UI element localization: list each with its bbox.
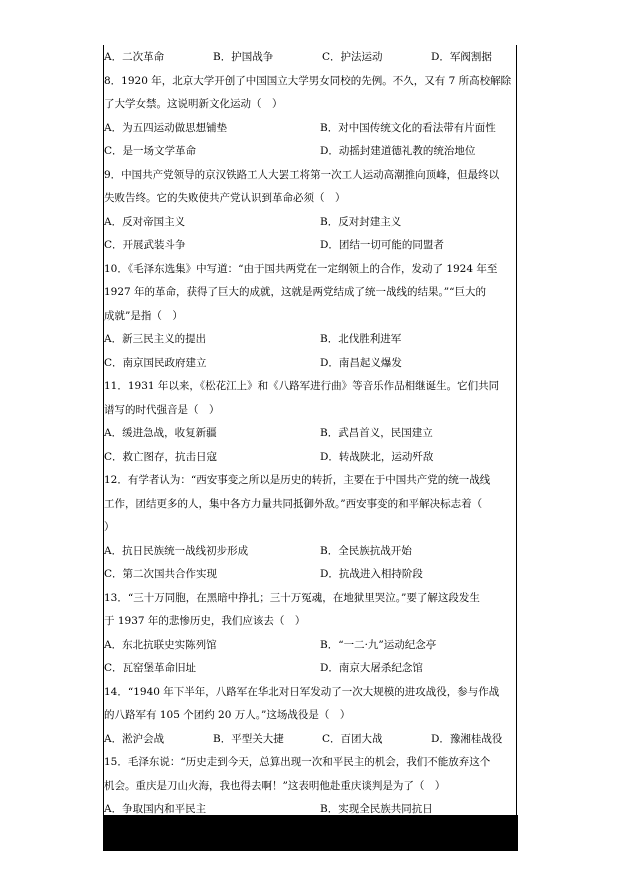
q14-stem-2: 的八路军有 105 个团约 20 万人。”这场战役是（ ） xyxy=(104,704,516,728)
q7-option-b: B．护国战争 xyxy=(213,46,322,70)
q14-option-d: D．豫湘桂战役 xyxy=(431,728,516,752)
q11-option-a: A．缓进急战，收复新疆 xyxy=(104,422,320,446)
q11-stem-2: 谱写的时代强音是（ ） xyxy=(104,399,516,423)
q8-stem-1: 8．1920 年，北京大学开创了中国国立大学男女同校的先例。不久，又有 7 所高… xyxy=(104,70,516,94)
q10-options-ab: A．新三民主义的提出 B．北伐胜利进军 xyxy=(104,328,516,352)
q12-options-cd: C．第二次国共合作实现 D．抗战进入相持阶段 xyxy=(104,563,516,587)
q15-stem-2: 机会。重庆是刀山火海，我也得去啊！”这表明他赴重庆谈判是为了（ ） xyxy=(104,775,516,799)
q10-stem-3: 成就”是指（ ） xyxy=(104,305,516,329)
q11-stem-1: 11．1931 年以来，《松花江上》和《八路军进行曲》等音乐作品相继诞生。它们共… xyxy=(104,375,516,399)
q12-stem-2: 工作，团结更多的人，集中各方力量共同抵御外敌。”西安事变的和平解决标志着（ xyxy=(104,493,516,517)
q13-option-d: D．南京大屠杀纪念馆 xyxy=(320,657,423,681)
q9-stem-1: 9．中国共产党领导的京汉铁路工人大罢工将第一次工人运动高潮推向顶峰，但最终以 xyxy=(104,164,516,188)
q9-option-d: D．团结一切可能的同盟者 xyxy=(320,234,444,258)
q14-option-a: A．淞沪会战 xyxy=(104,728,213,752)
q8-option-c: C．是一场文学革命 xyxy=(104,140,320,164)
q10-option-d: D．南昌起义爆发 xyxy=(320,352,402,376)
q12-stem-1: 12．有学者认为：“西安事变之所以是历史的转折，主要在于中国共产党的统一战线 xyxy=(104,469,516,493)
q13-options-ab: A．东北抗联史实陈列馆 B．“一二·九”运动纪念亭 xyxy=(104,634,516,658)
q9-stem-2: 失败告终。它的失败使共产党认识到革命必须（ ） xyxy=(104,187,516,211)
exam-content: A．二次革命 B．护国战争 C．护法运动 D．军阀割据 8．1920 年，北京大… xyxy=(104,46,516,822)
q12-options-ab: A．抗日民族统一战线初步形成 B．全民族抗战开始 xyxy=(104,540,516,564)
q13-options-cd: C．瓦窑堡革命旧址 D．南京大屠杀纪念馆 xyxy=(104,657,516,681)
q11-options-ab: A．缓进急战，收复新疆 B．武昌首义，民国建立 xyxy=(104,422,516,446)
q10-option-a: A．新三民主义的提出 xyxy=(104,328,320,352)
q11-option-c: C．救亡图存，抗击日寇 xyxy=(104,446,320,470)
q11-options-cd: C．救亡图存，抗击日寇 D．转战陕北，运动歼敌 xyxy=(104,446,516,470)
q10-option-b: B．北伐胜利进军 xyxy=(320,328,401,352)
q7-options: A．二次革命 B．护国战争 C．护法运动 D．军阀割据 xyxy=(104,46,516,70)
q9-options-ab: A．反对帝国主义 B．反对封建主义 xyxy=(104,211,516,235)
q14-option-c: C．百团大战 xyxy=(322,728,431,752)
q12-option-b: B．全民族抗战开始 xyxy=(320,540,412,564)
q8-options-cd: C．是一场文学革命 D．动摇封建道德礼教的统治地位 xyxy=(104,140,516,164)
q8-option-d: D．动摇封建道德礼教的统治地位 xyxy=(320,140,475,164)
q14-option-b: B．平型关大捷 xyxy=(213,728,322,752)
q9-option-b: B．反对封建主义 xyxy=(320,211,401,235)
q14-stem-1: 14．“1940 年下半年，八路军在华北对日军发动了一次大规模的进攻战役，参与作… xyxy=(104,681,516,705)
q12-option-c: C．第二次国共合作实现 xyxy=(104,563,320,587)
q13-stem-2: 于 1937 年的悲惨历史，我们应该去（ ） xyxy=(104,610,516,634)
q11-option-b: B．武昌首义，民国建立 xyxy=(320,422,433,446)
q13-stem-1: 13．“三十万同胞，在黑暗中挣扎；三十万冤魂，在地狱里哭泣。”要了解这段发生 xyxy=(104,587,516,611)
q12-stem-3: ） xyxy=(104,516,516,540)
q13-option-b: B．“一二·九”运动纪念亭 xyxy=(320,634,436,658)
q8-stem-2: 了大学女禁。这说明新文化运动（ ） xyxy=(104,93,516,117)
q7-option-d: D．军阀割据 xyxy=(431,46,516,70)
q9-option-a: A．反对帝国主义 xyxy=(104,211,320,235)
redaction-bar xyxy=(103,815,518,851)
q13-option-a: A．东北抗联史实陈列馆 xyxy=(104,634,320,658)
q15-stem-1: 15．毛泽东说：“历史走到今天，总算出现一次和平民主的机会，我们不能放弃这个 xyxy=(104,751,516,775)
q10-option-c: C．南京国民政府建立 xyxy=(104,352,320,376)
q8-option-b: B．对中国传统文化的看法带有片面性 xyxy=(320,117,496,141)
q14-options: A．淞沪会战 B．平型关大捷 C．百团大战 D．豫湘桂战役 xyxy=(104,728,516,752)
q10-options-cd: C．南京国民政府建立 D．南昌起义爆发 xyxy=(104,352,516,376)
q7-option-a: A．二次革命 xyxy=(104,46,213,70)
q10-stem-2: 1927 年的革命，获得了巨大的成就，这就是两党结成了统一战线的结果。”“巨大的 xyxy=(104,281,516,305)
q12-option-a: A．抗日民族统一战线初步形成 xyxy=(104,540,320,564)
q9-option-c: C．开展武装斗争 xyxy=(104,234,320,258)
q7-option-c: C．护法运动 xyxy=(322,46,431,70)
q8-option-a: A．为五四运动做思想铺垫 xyxy=(104,117,320,141)
q10-stem-1: 10．《毛泽东选集》中写道：“由于国共两党在一定纲领上的合作，发动了 1924 … xyxy=(104,258,516,282)
q12-option-d: D．抗战进入相持阶段 xyxy=(320,563,423,587)
q9-options-cd: C．开展武装斗争 D．团结一切可能的同盟者 xyxy=(104,234,516,258)
q11-option-d: D．转战陕北，运动歼敌 xyxy=(320,446,433,470)
q8-options-ab: A．为五四运动做思想铺垫 B．对中国传统文化的看法带有片面性 xyxy=(104,117,516,141)
q13-option-c: C．瓦窑堡革命旧址 xyxy=(104,657,320,681)
